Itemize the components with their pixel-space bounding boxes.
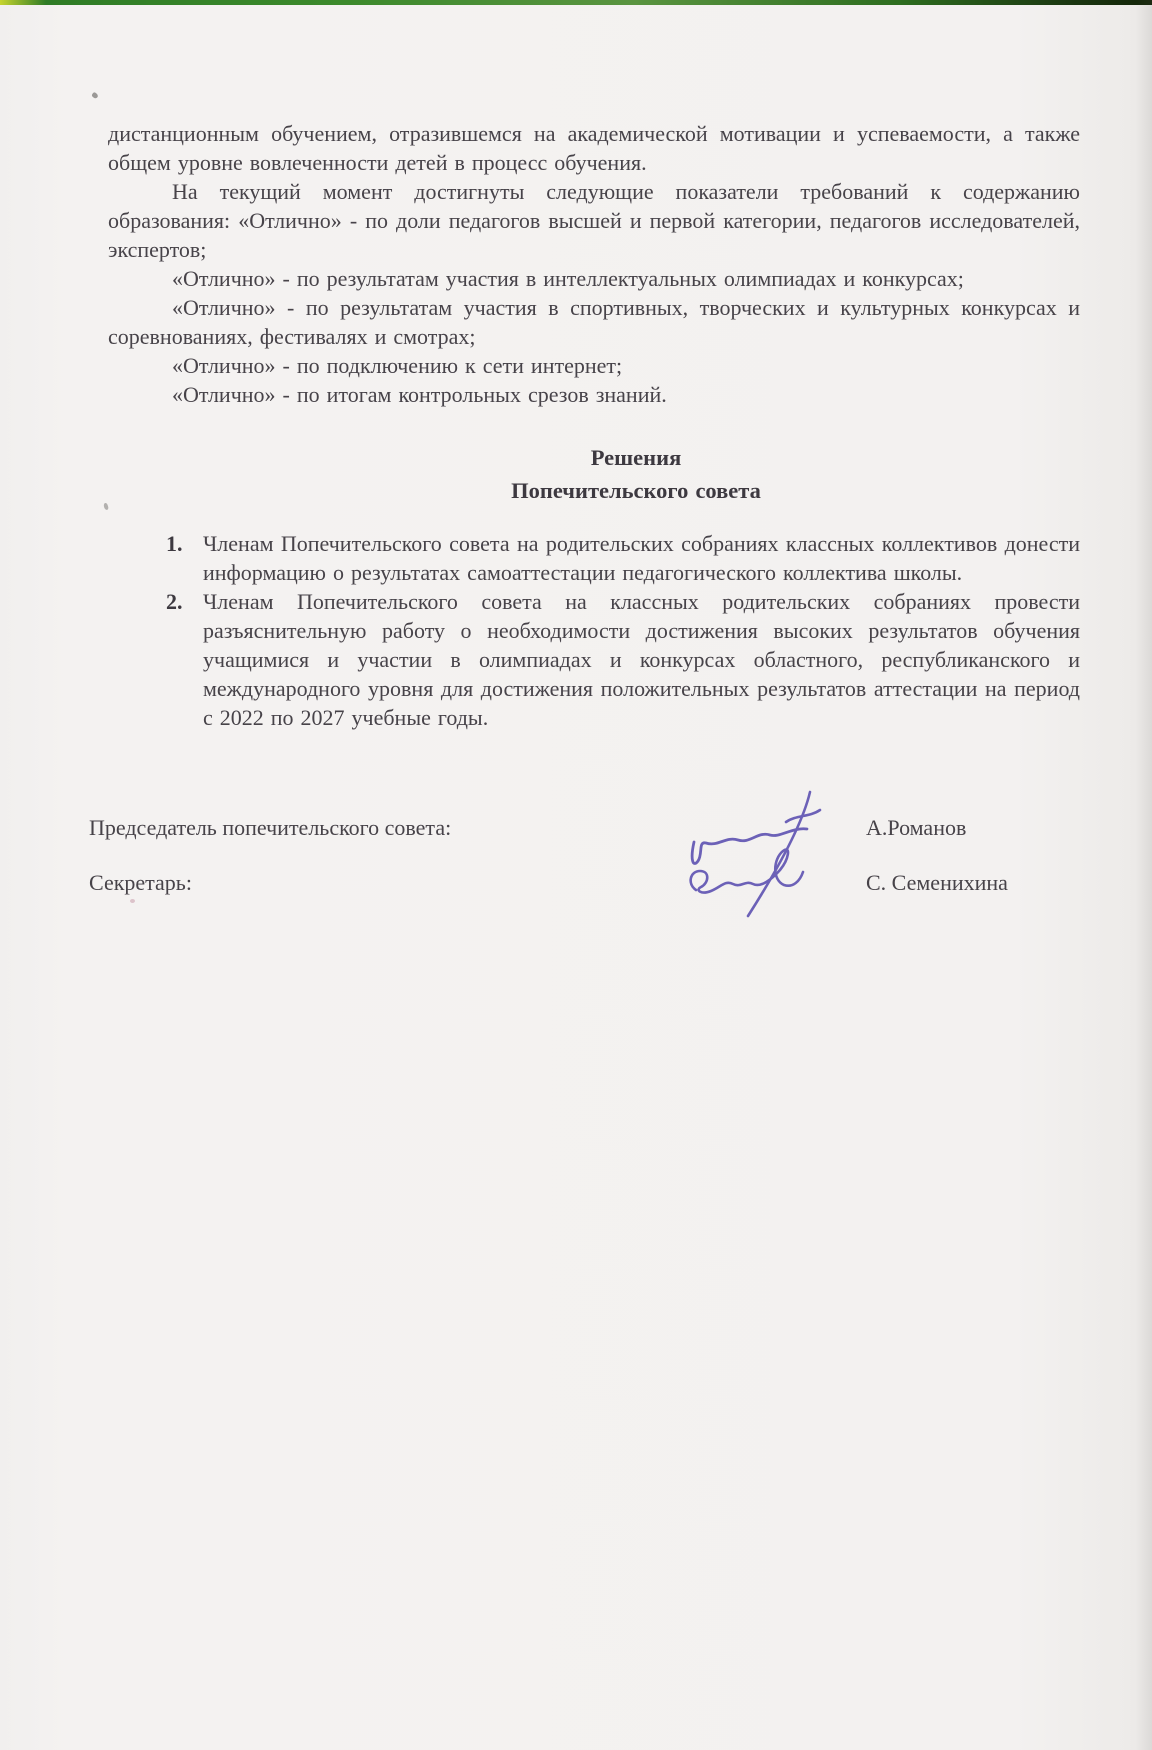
- scan-speck: [103, 503, 109, 511]
- section-heading: Решения Попечительского совета: [150, 441, 1122, 507]
- signature-role-label: Председатель попечительского совета:: [89, 813, 451, 842]
- decision-item-2: 2. Членам Попечительского совета на клас…: [108, 587, 1080, 732]
- paragraph-internet: «Отлично» - по подключению к сети интерн…: [108, 351, 1080, 380]
- scan-speck: [91, 92, 99, 100]
- decision-item-1: 1. Членам Попечительского совета на роди…: [108, 529, 1080, 587]
- signature-name: С. Семенихина: [866, 868, 1008, 897]
- scan-edge-shadow-right: [1136, 0, 1152, 1750]
- decision-number: 1.: [166, 529, 203, 558]
- paragraph-sports-contests: «Отлично» - по результатам участия в спо…: [108, 293, 1080, 351]
- scan-speck: [130, 899, 135, 903]
- paragraph-olympiads: «Отлично» - по результатам участия в инт…: [108, 264, 1080, 293]
- body-text: дистанционным обучением, отразившемся на…: [108, 119, 1080, 409]
- paragraph-current-indicators: На текущий момент достигнуты следующие п…: [108, 177, 1080, 264]
- scan-edge-artifact-top: [0, 0, 1152, 5]
- decision-text: Членам Попечительского совета на классны…: [203, 587, 1080, 732]
- heading-line-1: Решения: [150, 441, 1122, 474]
- signature-role-label: Секретарь:: [89, 868, 192, 897]
- paragraph-distance-learning: дистанционным обучением, отразившемся на…: [108, 119, 1080, 177]
- decision-number: 2.: [166, 587, 203, 616]
- handwritten-signature: [660, 768, 840, 928]
- decision-text: Членам Попечительского совета на родител…: [203, 529, 1080, 587]
- paragraph-knowledge-tests: «Отлично» - по итогам контрольных срезов…: [108, 380, 1080, 409]
- scanned-document-page: дистанционным обучением, отразившемся на…: [0, 0, 1152, 1750]
- signature-stroke-secretary: [691, 850, 803, 893]
- heading-line-2: Попечительского совета: [150, 474, 1122, 507]
- decision-list: 1. Членам Попечительского совета на роди…: [108, 529, 1080, 732]
- signature-name: А.Романов: [866, 813, 966, 842]
